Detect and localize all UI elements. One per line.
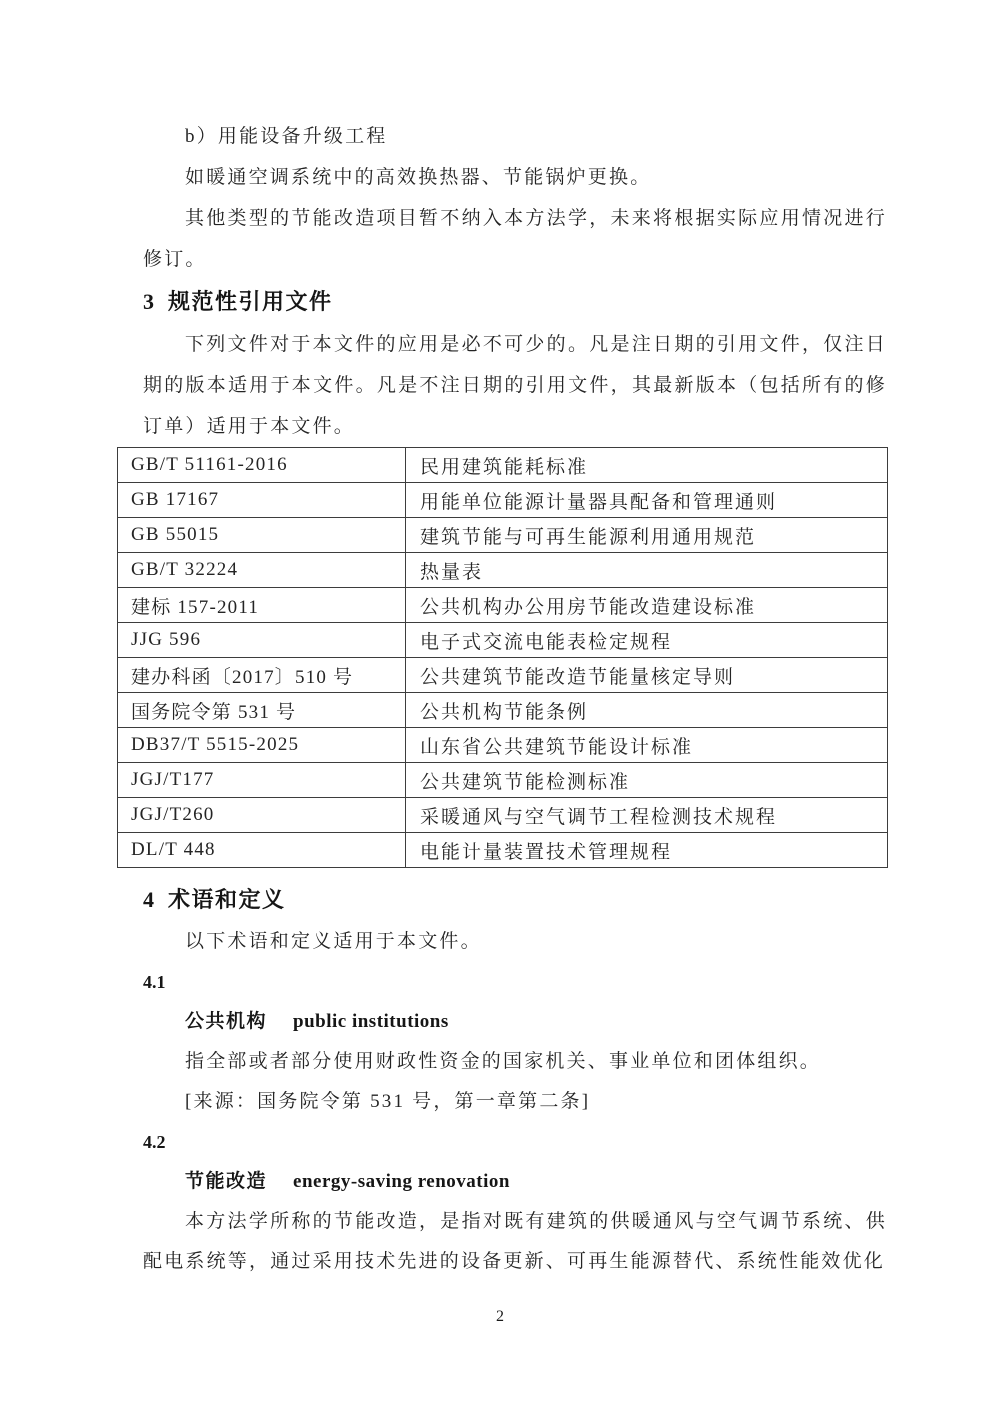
table-row: 建标 157-2011 公共机构办公用房节能改造建设标准 bbox=[118, 588, 888, 623]
ref-code-cell: JGJ/T260 bbox=[118, 798, 406, 833]
paragraph-terms-intro: 以下术语和定义适用于本文件。 bbox=[143, 922, 887, 962]
ref-title-cell: 公共机构办公用房节能改造建设标准 bbox=[406, 588, 888, 623]
ref-code-cell: 国务院令第 531 号 bbox=[118, 693, 406, 728]
table-row: GB/T 51161-2016 民用建筑能耗标准 bbox=[118, 448, 888, 483]
ref-title-cell: 公共建筑节能检测标准 bbox=[406, 763, 888, 798]
ref-title-cell: 公共建筑节能改造节能量核定导则 bbox=[406, 658, 888, 693]
term-en: energy-saving renovation bbox=[293, 1171, 510, 1192]
ref-code-cell: JGJ/T177 bbox=[118, 763, 406, 798]
term-zh: 节能改造 bbox=[185, 1171, 267, 1192]
ref-code-cell: 建办科函〔2017〕510 号 bbox=[118, 658, 406, 693]
term-source: [来源：国务院令第 531 号，第一章第二条] bbox=[143, 1082, 887, 1122]
table-row: 建办科函〔2017〕510 号 公共建筑节能改造节能量核定导则 bbox=[118, 658, 888, 693]
paragraph-scope-note: 其他类型的节能改造项目暂不纳入本方法学，未来将根据实际应用情况进行修订。 bbox=[143, 198, 887, 280]
ref-title-cell: 建筑节能与可再生能源利用通用规范 bbox=[406, 518, 888, 553]
term-title: 公共机构public institutions bbox=[143, 1002, 887, 1042]
clause-3-title: 规范性引用文件 bbox=[168, 289, 333, 314]
ref-title-cell: 热量表 bbox=[406, 553, 888, 588]
term-en: public institutions bbox=[293, 1011, 449, 1032]
term-number: 4.2 bbox=[143, 1122, 887, 1162]
ref-code-cell: GB 55015 bbox=[118, 518, 406, 553]
references-table: GB/T 51161-2016 民用建筑能耗标准 GB 17167 用能单位能源… bbox=[117, 447, 888, 868]
ref-code-cell: GB/T 51161-2016 bbox=[118, 448, 406, 483]
ref-title-cell: 电能计量装置技术管理规程 bbox=[406, 833, 888, 868]
page-number: 2 bbox=[0, 1308, 1000, 1326]
ref-title-cell: 电子式交流电能表检定规程 bbox=[406, 623, 888, 658]
table-row: JJG 596 电子式交流电能表检定规程 bbox=[118, 623, 888, 658]
table-row: JGJ/T177 公共建筑节能检测标准 bbox=[118, 763, 888, 798]
table-row: GB/T 32224 热量表 bbox=[118, 553, 888, 588]
table-row: GB 55015 建筑节能与可再生能源利用通用规范 bbox=[118, 518, 888, 553]
ref-code-cell: GB 17167 bbox=[118, 483, 406, 518]
term-definition: 本方法学所称的节能改造，是指对既有建筑的供暖通风与空气调节系统、供配电系统等，通… bbox=[143, 1202, 887, 1282]
clause-3-heading: 3规范性引用文件 bbox=[143, 280, 887, 324]
ref-code-cell: JJG 596 bbox=[118, 623, 406, 658]
table-row: 国务院令第 531 号 公共机构节能条例 bbox=[118, 693, 888, 728]
paragraph-normative-references: 下列文件对于本文件的应用是必不可少的。凡是注日期的引用文件，仅注日期的版本适用于… bbox=[143, 324, 887, 447]
term-number: 4.1 bbox=[143, 962, 887, 1002]
ref-code-cell: DB37/T 5515-2025 bbox=[118, 728, 406, 763]
term-title: 节能改造energy-saving renovation bbox=[143, 1162, 887, 1202]
clause-4-number: 4 bbox=[143, 887, 154, 912]
ref-code-cell: 建标 157-2011 bbox=[118, 588, 406, 623]
table-row: DB37/T 5515-2025 山东省公共建筑节能设计标准 bbox=[118, 728, 888, 763]
term-zh: 公共机构 bbox=[185, 1011, 267, 1032]
clause-4-heading: 4术语和定义 bbox=[143, 878, 887, 922]
ref-title-cell: 民用建筑能耗标准 bbox=[406, 448, 888, 483]
ref-code-cell: DL/T 448 bbox=[118, 833, 406, 868]
paragraph-example: 如暖通空调系统中的高效换热器、节能锅炉更换。 bbox=[143, 157, 887, 198]
list-item-b: b）用能设备升级工程 bbox=[143, 116, 887, 157]
ref-title-cell: 公共机构节能条例 bbox=[406, 693, 888, 728]
table-row: JGJ/T260 采暖通风与空气调节工程检测技术规程 bbox=[118, 798, 888, 833]
ref-title-cell: 用能单位能源计量器具配备和管理通则 bbox=[406, 483, 888, 518]
table-row: GB 17167 用能单位能源计量器具配备和管理通则 bbox=[118, 483, 888, 518]
clause-3-number: 3 bbox=[143, 289, 154, 314]
ref-title-cell: 山东省公共建筑节能设计标准 bbox=[406, 728, 888, 763]
clause-4-title: 术语和定义 bbox=[168, 887, 286, 912]
table-row: DL/T 448 电能计量装置技术管理规程 bbox=[118, 833, 888, 868]
ref-title-cell: 采暖通风与空气调节工程检测技术规程 bbox=[406, 798, 888, 833]
term-definition: 指全部或者部分使用财政性资金的国家机关、事业单位和团体组织。 bbox=[143, 1042, 887, 1082]
document-page: b）用能设备升级工程 如暖通空调系统中的高效换热器、节能锅炉更换。 其他类型的节… bbox=[0, 0, 1000, 1414]
clause-4-section: 4术语和定义 以下术语和定义适用于本文件。 4.1 公共机构public ins… bbox=[143, 878, 887, 1282]
ref-code-cell: GB/T 32224 bbox=[118, 553, 406, 588]
